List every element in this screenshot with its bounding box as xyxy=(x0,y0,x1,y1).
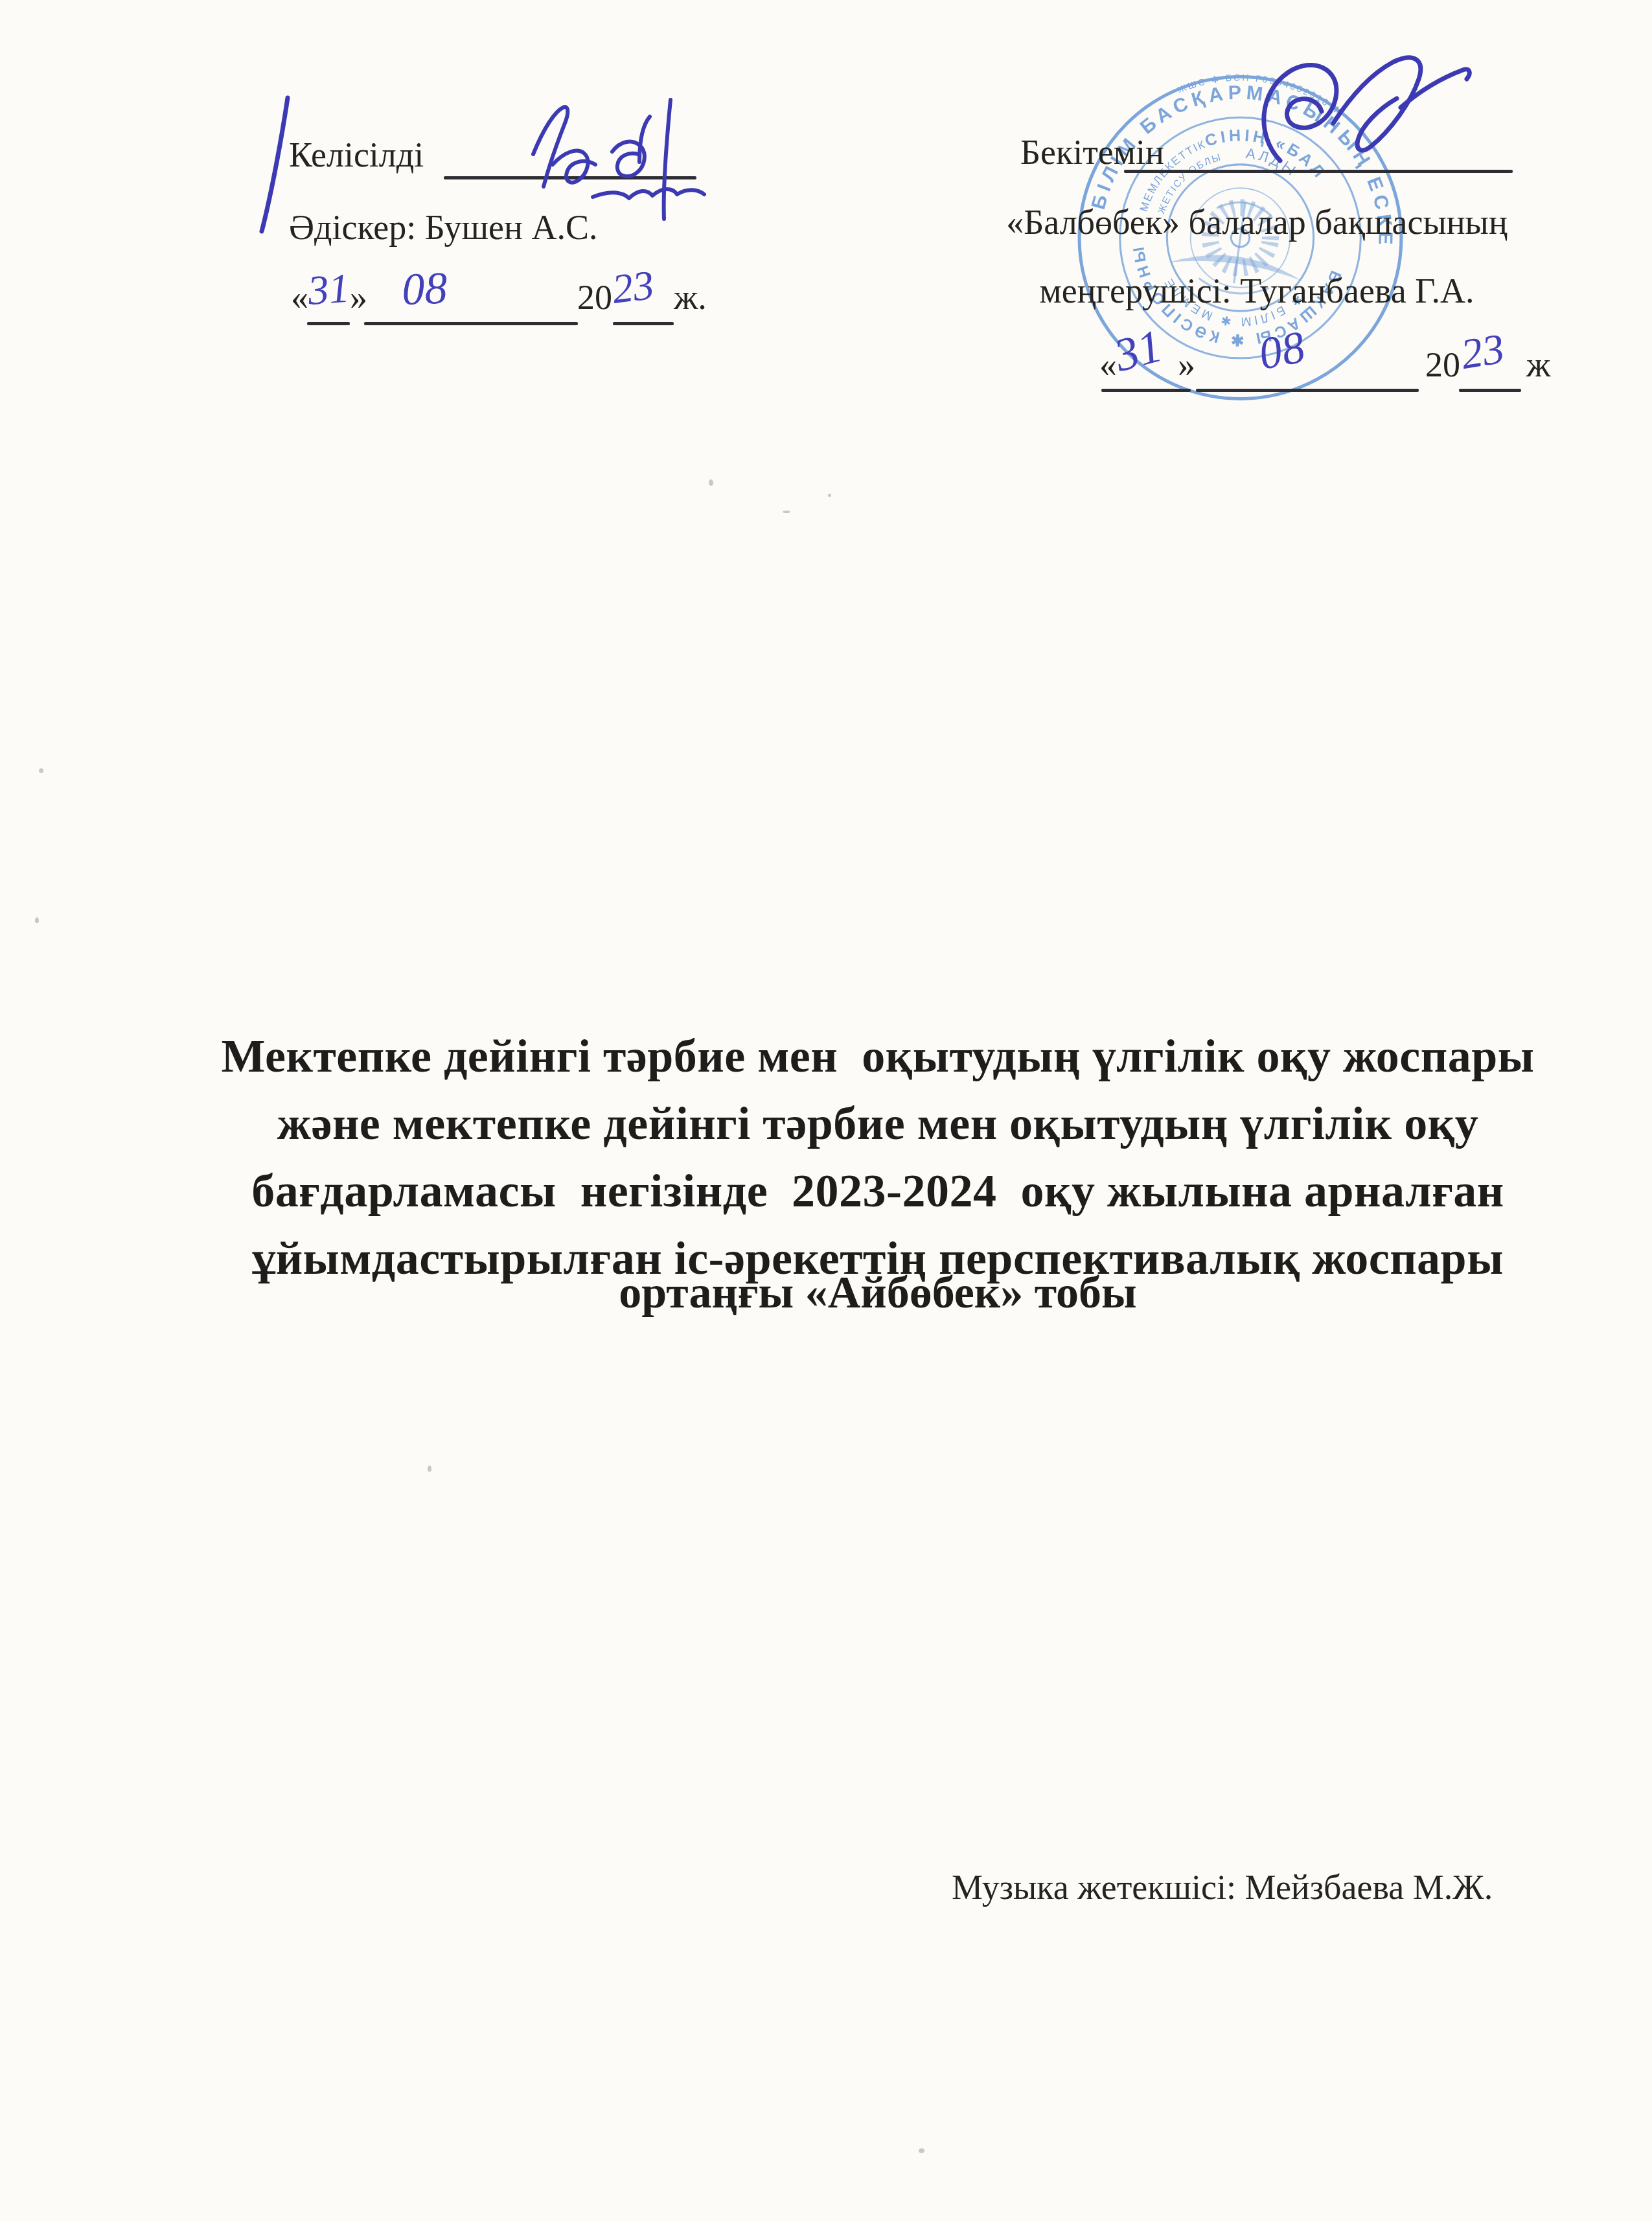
agreed-label: Келісілді xyxy=(289,135,424,175)
left-date-day-handwritten: 31 xyxy=(306,264,351,315)
signature-right xyxy=(1237,43,1477,192)
title-line-1: Мектепке дейінгі тәрбие мен оқытудың үлг… xyxy=(220,1022,1535,1090)
left-date-open-quote: « xyxy=(291,277,308,317)
left-date-month-line xyxy=(364,322,578,325)
right-date-year-line xyxy=(1459,389,1521,392)
document-title: Мектепке дейінгі тәрбие мен оқытудың үлг… xyxy=(220,1022,1535,1292)
organization-line: «Балбөбек» балалар бақшасының xyxy=(978,202,1535,242)
right-date-year-unit: ж xyxy=(1526,345,1550,385)
left-date-year-handwritten: 23 xyxy=(610,261,657,314)
methodist-line: Әдіскер: Бушен А.С. xyxy=(289,207,597,247)
title-line-2: және мектепке дейінгі тәрбие мен оқытуды… xyxy=(220,1090,1535,1157)
right-date-close-quote: » xyxy=(1178,345,1195,385)
scan-speck xyxy=(709,479,713,486)
left-date-year-unit: ж. xyxy=(674,277,707,317)
left-date-day-line xyxy=(307,322,350,325)
right-date-month-handwritten: 08 xyxy=(1255,321,1309,381)
scan-speck xyxy=(783,511,790,513)
title-line-3: бағдарламасы негізінде 2023-2024 оқу жыл… xyxy=(220,1157,1535,1225)
right-date-year-prefix: 20 xyxy=(1425,345,1460,385)
scan-speck xyxy=(919,2148,924,2153)
left-date-month-handwritten: 08 xyxy=(401,263,448,316)
music-teacher-line: Музыка жетекшісі: Мейзбаева М.Ж. xyxy=(952,1867,1493,1907)
scanned-page: Келісілді Әдіскер: Бушен А.С. « 31 » 08 … xyxy=(0,0,1652,2221)
left-date-year-prefix: 20 xyxy=(577,277,612,317)
left-date-close-quote: » xyxy=(350,277,367,317)
left-date-year-line xyxy=(613,322,674,325)
right-date-month-line xyxy=(1196,389,1419,392)
scan-speck xyxy=(828,494,831,497)
group-name-line: ортаңғы «Айбөбек» тобы xyxy=(220,1267,1535,1319)
right-date-year-handwritten: 23 xyxy=(1458,325,1508,380)
scan-speck xyxy=(39,768,43,773)
scan-speck xyxy=(428,1466,431,1472)
head-line: меңгерушісі: Туганбаева Г.А. xyxy=(978,271,1535,311)
scan-speck xyxy=(35,917,39,923)
right-date-day-line xyxy=(1101,389,1191,392)
approve-label: Бекітемін xyxy=(1020,132,1164,172)
